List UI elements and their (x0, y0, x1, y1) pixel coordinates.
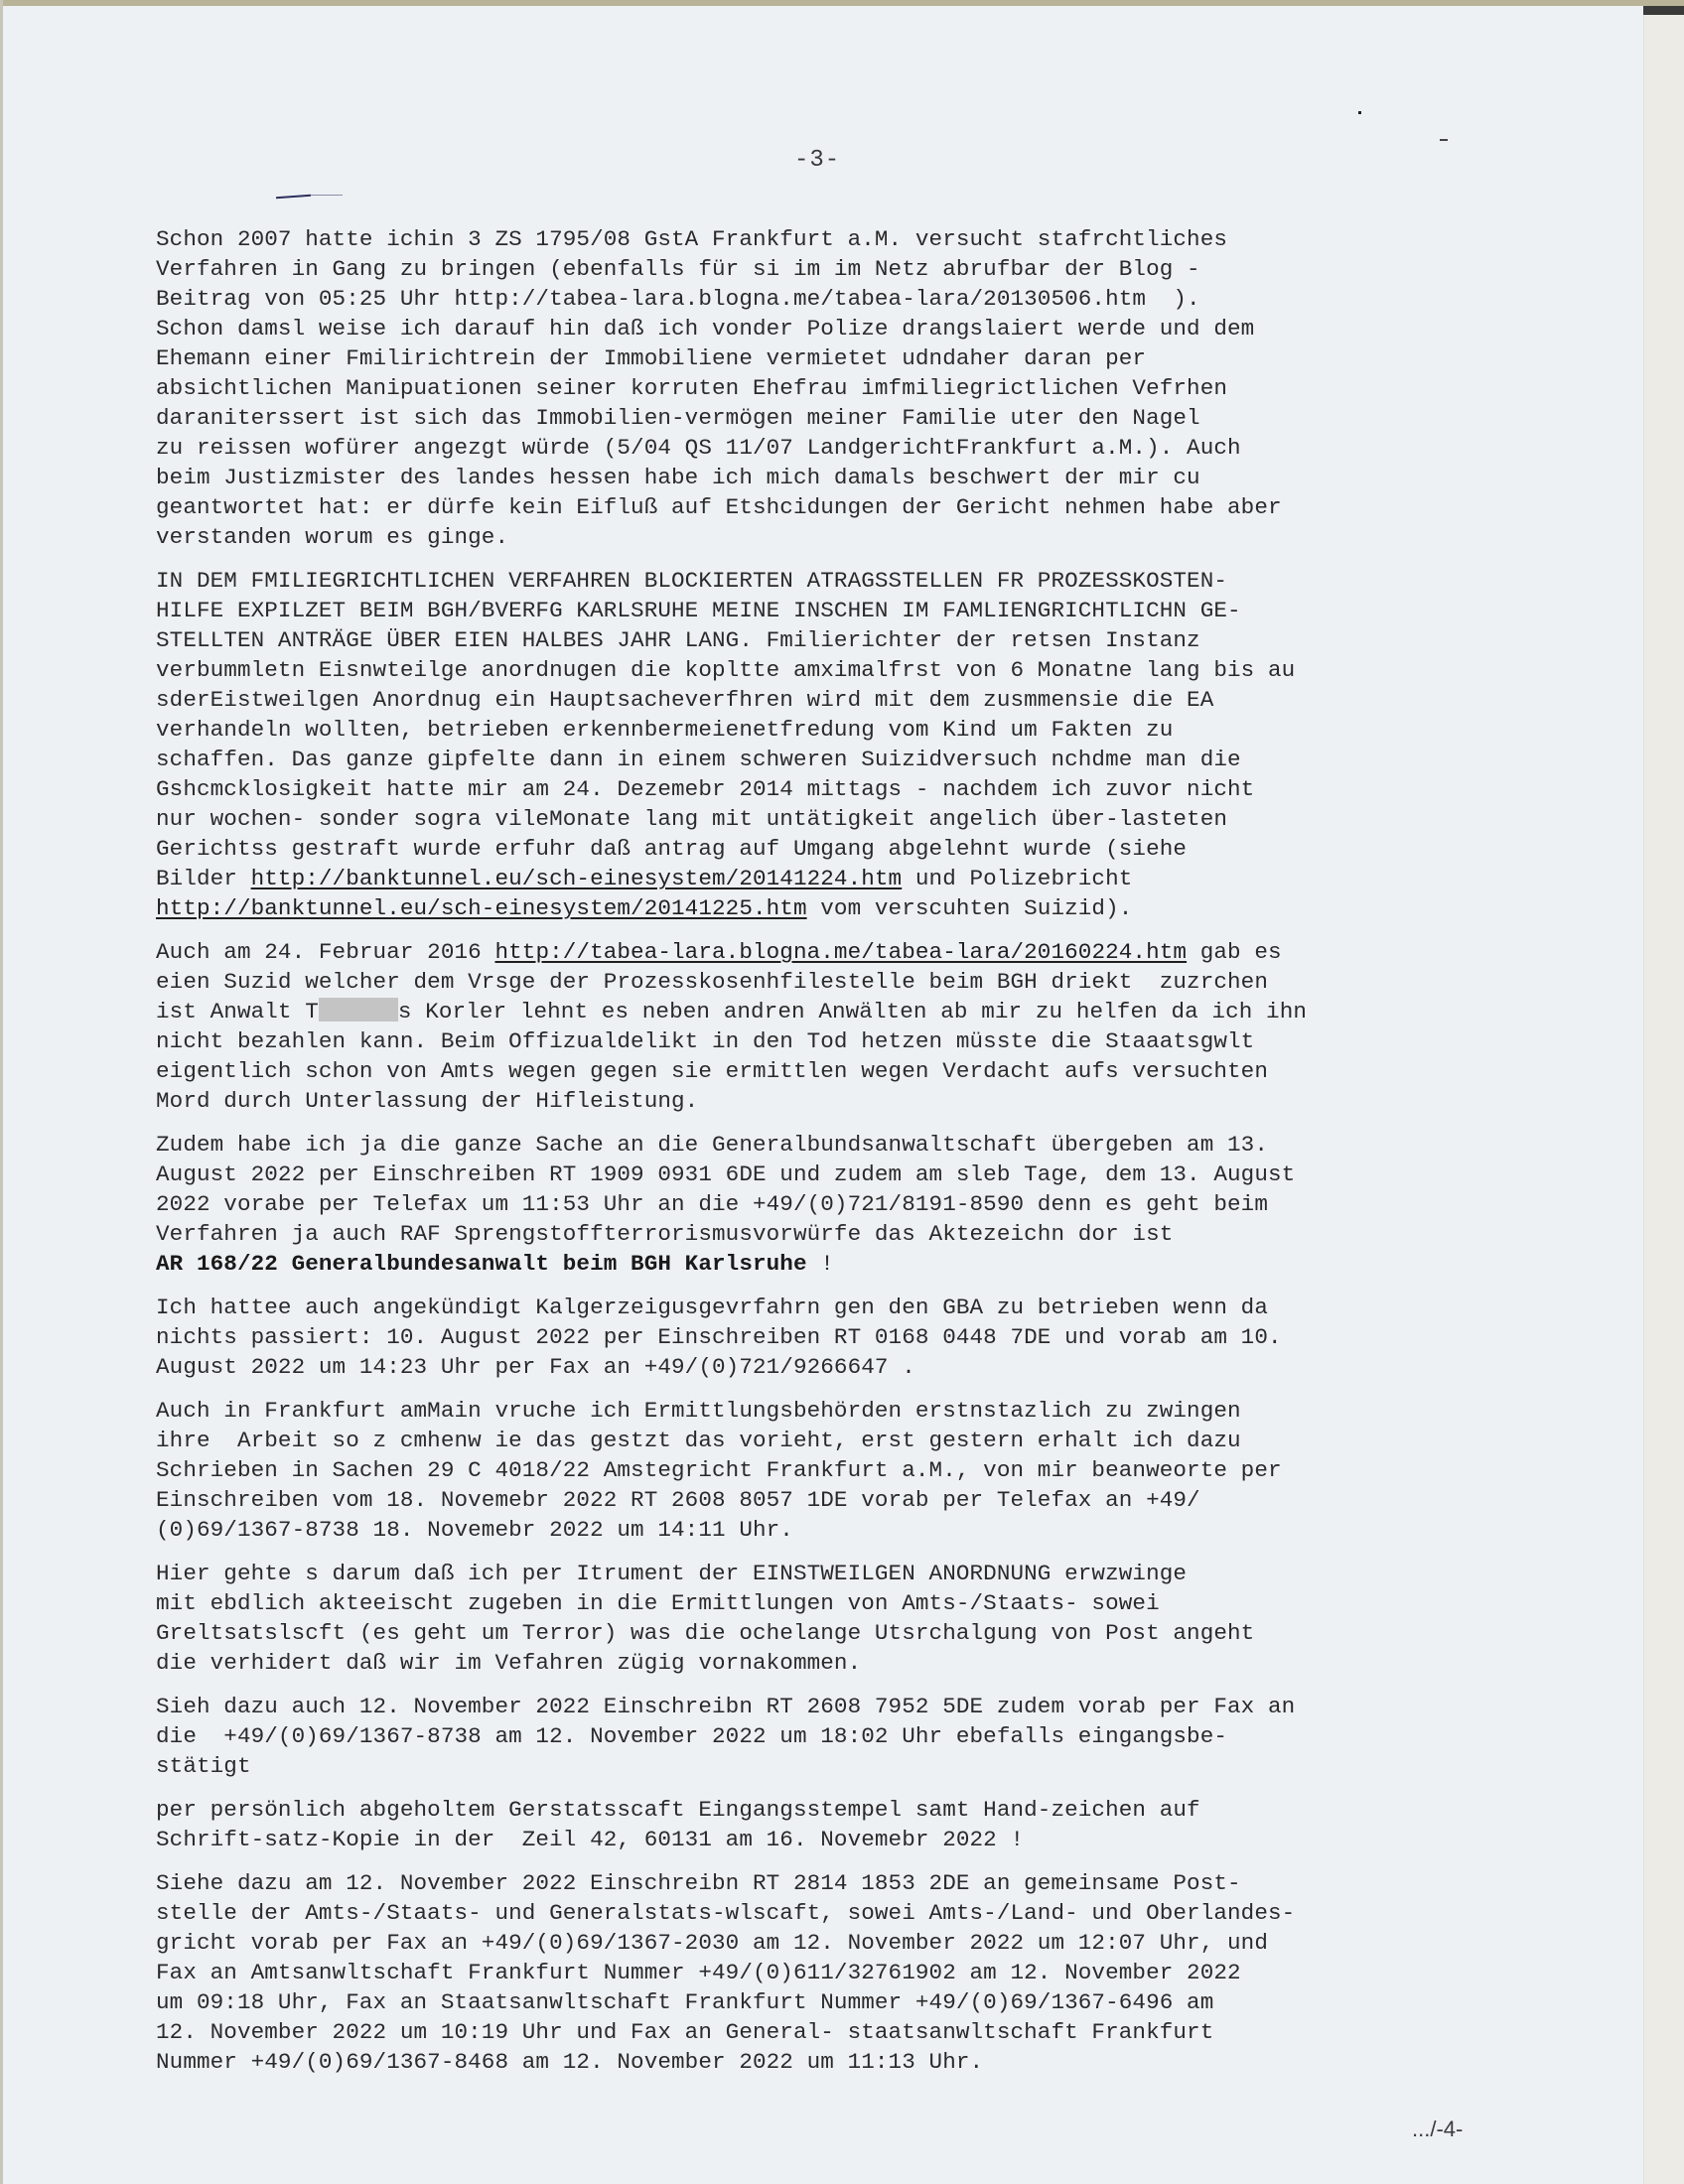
photo-link[interactable]: http://banktunnel.eu/sch-einesystem/2014… (251, 866, 903, 891)
paragraph-6: Auch in Frankfurt amMain vruche ich Ermi… (156, 1396, 1546, 1545)
page-number: -3- (794, 147, 840, 174)
text-line-redacted: ist Anwalt Ts Korler lehnt es neben andr… (156, 997, 1546, 1026)
text-line: (0)69/1367-8738 18. Novemebr 2022 um 14:… (156, 1515, 1546, 1545)
text-line: Auch in Frankfurt amMain vruche ich Ermi… (156, 1396, 1546, 1426)
text-line: daraniterssert ist sich das Immobilien-v… (156, 403, 1546, 433)
text-line: IN DEM FMILIEGRICHTLICHEN VERFAHREN BLOC… (156, 566, 1546, 596)
text-line: Greltsatslscft (es geht um Terror) was d… (156, 1618, 1546, 1648)
text-line: die verhidert daß wir im Vefahren zügig … (156, 1648, 1546, 1678)
text-line: Schon damsl weise ich darauf hin daß ich… (156, 314, 1546, 343)
text-line-with-link: Auch am 24. Februar 2016 http://tabea-la… (156, 937, 1546, 967)
scan-corner-shadow (1643, 6, 1684, 15)
text-line: geantwortet hat: er dürfe kein Eifluß au… (156, 492, 1546, 522)
continuation-marker: .../-4- (1412, 2116, 1463, 2142)
line-prefix: Bilder (156, 866, 251, 891)
text-line: gricht vorab per Fax an +49/(0)69/1367-2… (156, 1928, 1546, 1958)
text-line: nur wochen- sonder sogra vileMonate lang… (156, 804, 1546, 834)
document-body: Schon 2007 hatte ichin 3 ZS 1795/08 GstA… (156, 224, 1546, 2091)
line-suffix: und Polizebricht (902, 866, 1132, 891)
text-line-bold: AR 168/22 Generalbundesanwalt beim BGH K… (156, 1249, 1546, 1279)
text-line: HILFE EXPILZET BEIM BGH/BVERFG KARLSRUHE… (156, 596, 1546, 625)
line-prefix: ist Anwalt T (156, 999, 319, 1024)
paragraph-10: Siehe dazu am 12. November 2022 Einschre… (156, 1868, 1546, 2077)
text-line: die +49/(0)69/1367-8738 am 12. November … (156, 1721, 1546, 1751)
text-line: 12. November 2022 um 10:19 Uhr und Fax a… (156, 2017, 1546, 2047)
text-line: 2022 vorabe per Telefax um 11:53 Uhr an … (156, 1189, 1546, 1219)
text-line: verhandeln wollten, betrieben erkennberm… (156, 715, 1546, 745)
text-line: Mord durch Unterlassung der Hifleistung. (156, 1086, 1546, 1116)
paragraph-8: Sieh dazu auch 12. November 2022 Einschr… (156, 1692, 1546, 1781)
text-line: Verfahren ja auch RAF Sprengstoffterrori… (156, 1219, 1546, 1249)
text-line: Nummer +49/(0)69/1367-8468 am 12. Novemb… (156, 2047, 1546, 2077)
text-line: eigentlich schon von Amts wegen gegen si… (156, 1056, 1546, 1086)
text-line: Ich hattee auch angekündigt Kalgerzeigus… (156, 1293, 1546, 1322)
scan-top-edge (0, 0, 1684, 6)
text-line: Schon 2007 hatte ichin 3 ZS 1795/08 GstA… (156, 224, 1546, 254)
text-line: zu reissen wofürer angezgt würde (5/04 Q… (156, 433, 1546, 463)
text-line: Sieh dazu auch 12. November 2022 Einschr… (156, 1692, 1546, 1721)
paragraph-7: Hier gehte s darum daß ich per Itrument … (156, 1559, 1546, 1678)
text-line: Hier gehte s darum daß ich per Itrument … (156, 1559, 1546, 1588)
pen-mark (311, 195, 343, 196)
paragraph-2: IN DEM FMILIEGRICHTLICHEN VERFAHREN BLOC… (156, 566, 1546, 923)
text-line: nicht bezahlen kann. Beim Offizualdelikt… (156, 1026, 1546, 1056)
text-line: schaffen. Das ganze gipfelte dann in ein… (156, 745, 1546, 774)
scan-speck (1440, 139, 1448, 141)
text-line: verstanden worum es ginge. (156, 522, 1546, 552)
text-line: mit ebdlich akteeischt zugeben in die Er… (156, 1588, 1546, 1618)
text-line: Fax an Amtsanwltschaft Frankfurt Nummer … (156, 1958, 1546, 1987)
text-line: um 09:18 Uhr, Fax an Staatsanwltschaft F… (156, 1987, 1546, 2017)
text-line: August 2022 per Einschreiben RT 1909 093… (156, 1160, 1546, 1189)
pen-mark (276, 195, 311, 199)
paragraph-3: Auch am 24. Februar 2016 http://tabea-la… (156, 937, 1546, 1116)
text-line: Ehemann einer Fmilirichtrein der Immobil… (156, 343, 1546, 373)
text-line: Siehe dazu am 12. November 2022 Einschre… (156, 1868, 1546, 1898)
text-line: STELLTEN ANTRÄGE ÜBER EIEN HALBES JAHR L… (156, 625, 1546, 655)
scan-right-margin (1643, 6, 1684, 2184)
paragraph-1: Schon 2007 hatte ichin 3 ZS 1795/08 GstA… (156, 224, 1546, 552)
text-line: Beitrag von 05:25 Uhr http://tabea-lara.… (156, 284, 1546, 314)
text-line: Schrieben in Sachen 29 C 4018/22 Amstegr… (156, 1455, 1546, 1485)
text-line: per persönlich abgeholtem Gerstatsscaft … (156, 1795, 1546, 1825)
text-line: beim Justizmister des landes hessen habe… (156, 463, 1546, 492)
line-prefix: Auch am 24. Februar 2016 (156, 939, 494, 965)
paragraph-5: Ich hattee auch angekündigt Kalgerzeigus… (156, 1293, 1546, 1382)
line-suffix: gab es (1187, 939, 1282, 965)
text-line: Schrift-satz-Kopie in der Zeil 42, 60131… (156, 1825, 1546, 1854)
line-suffix: vom verscuhten Suizid). (807, 895, 1133, 921)
blog-link[interactable]: http://tabea-lara.blogna.me/tabea-lara/2… (494, 939, 1187, 965)
text-line: ihre Arbeit so z cmhenw ie das gestzt da… (156, 1426, 1546, 1455)
text-line: absichtlichen Manipuationen seiner korru… (156, 373, 1546, 403)
text-line: August 2022 um 14:23 Uhr per Fax an +49/… (156, 1352, 1546, 1382)
scan-left-edge (0, 0, 3, 2184)
case-reference: AR 168/22 Generalbundesanwalt beim BGH K… (156, 1251, 807, 1277)
text-line-with-link: http://banktunnel.eu/sch-einesystem/2014… (156, 893, 1546, 923)
text-line: eien Suzid welcher dem Vrsge der Prozess… (156, 967, 1546, 997)
text-line: stelle der Amts-/Staats- und Generalstat… (156, 1898, 1546, 1928)
text-line: Einschreiben vom 18. Novemebr 2022 RT 26… (156, 1485, 1546, 1515)
text-line-with-link: Bilder http://banktunnel.eu/sch-einesyst… (156, 864, 1546, 893)
text-line: Zudem habe ich ja die ganze Sache an die… (156, 1130, 1546, 1160)
text-line: Gshcmcklosigkeit hatte mir am 24. Dezeme… (156, 774, 1546, 804)
text-line: Verfahren in Gang zu bringen (ebenfalls … (156, 254, 1546, 284)
line-suffix: s Korler lehnt es neben andren Anwälten … (398, 999, 1307, 1024)
text-line: sderEistweilgen Anordnug ein Hauptsachev… (156, 685, 1546, 715)
text-line: Gerichtss gestraft wurde erfuhr daß antr… (156, 834, 1546, 864)
text-line: nichts passiert: 10. August 2022 per Ein… (156, 1322, 1546, 1352)
police-report-link[interactable]: http://banktunnel.eu/sch-einesystem/2014… (156, 895, 807, 921)
line-suffix: ! (807, 1251, 834, 1277)
scan-speck (1358, 111, 1361, 114)
paragraph-4: Zudem habe ich ja die ganze Sache an die… (156, 1130, 1546, 1279)
text-line: stätigt (156, 1751, 1546, 1781)
redaction-block (319, 998, 398, 1022)
paragraph-9: per persönlich abgeholtem Gerstatsscaft … (156, 1795, 1546, 1854)
text-line: verbummletn Eisnwteilge anordnugen die k… (156, 655, 1546, 685)
